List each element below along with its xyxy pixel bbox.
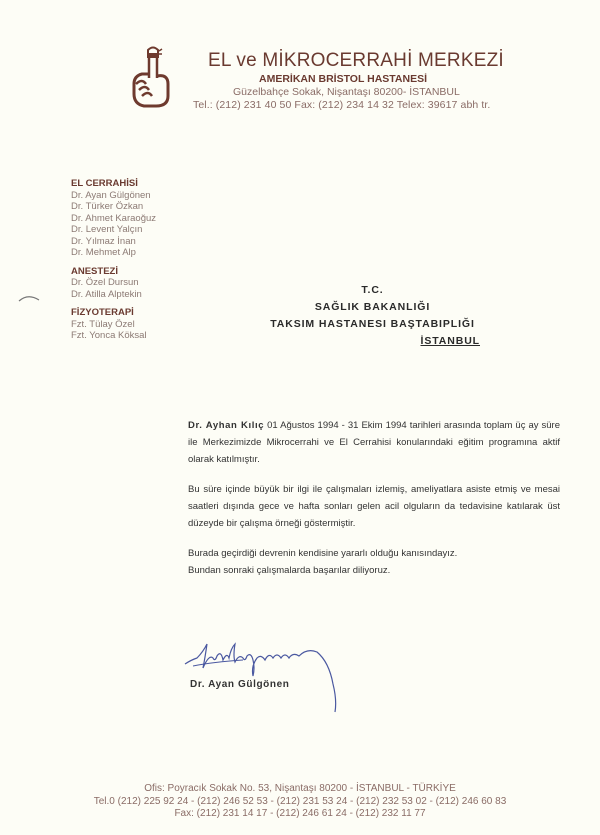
- paragraph: Bu süre içinde büyük bir ilgi ile çalışm…: [188, 481, 560, 532]
- paragraph-line: Burada geçirdiği devrenin kendisine yara…: [188, 548, 457, 559]
- recipient-line: SAĞLIK BAKANLIĞI: [265, 299, 480, 316]
- punch-hole-mark-icon: [18, 294, 40, 302]
- staff-name: Dr. Türker Özkan: [71, 201, 211, 213]
- staff-name: Dr. Atilla Alptekin: [71, 289, 211, 301]
- staff-name: Fzt. Yonca Köksal: [71, 330, 211, 342]
- staff-group-physiotherapy: FİZYOTERAPİ Fzt. Tülay Özel Fzt. Yonca K…: [71, 307, 211, 342]
- staff-name: Dr. Mehmet Alp: [71, 247, 211, 259]
- staff-name: Dr. Yılmaz İnan: [71, 236, 211, 248]
- paragraph: Burada geçirdiği devrenin kendisine yara…: [188, 545, 560, 579]
- recipient-city: İSTANBUL: [265, 333, 480, 350]
- staff-group-title: ANESTEZİ: [71, 266, 211, 278]
- hand-finger-logo-icon: [130, 44, 174, 108]
- letter-body: Dr. Ayhan Kılıç 01 Ağustos 1994 - 31 Eki…: [188, 417, 560, 579]
- footer-fax: Fax: (212) 231 14 17 - (212) 246 61 24 -…: [0, 808, 600, 821]
- header-contact: Tel.: (212) 231 40 50 Fax: (212) 234 14 …: [193, 99, 490, 111]
- recipient-line: TAKSIM HASTANESI BAŞTABIPLIĞI: [265, 316, 480, 333]
- footer-contact: Ofis: Poyracık Sokak No. 53, Nişantaşı 8…: [0, 783, 600, 821]
- paragraph-line: Bundan sonraki çalışmalarda başarılar di…: [188, 565, 390, 576]
- header-address: Güzelbahçe Sokak, Nişantaşı 80200- İSTAN…: [233, 86, 460, 98]
- recipient-line: T.C.: [265, 282, 480, 299]
- hospital-name: AMERİKAN BRİSTOL HASTANESİ: [259, 73, 427, 85]
- staff-name: Dr. Levent Yalçın: [71, 224, 211, 236]
- handwritten-signature-icon: [183, 640, 343, 715]
- footer-address: Ofis: Poyracık Sokak No. 53, Nişantaşı 8…: [0, 783, 600, 796]
- trainee-name: Dr. Ayhan Kılıç: [188, 420, 264, 431]
- staff-group-title: EL CERRAHİSİ: [71, 178, 211, 190]
- footer-phones: Tel.0 (212) 225 92 24 - (212) 246 52 53 …: [0, 796, 600, 809]
- staff-group-title: FİZYOTERAPİ: [71, 307, 211, 319]
- paragraph: Dr. Ayhan Kılıç 01 Ağustos 1994 - 31 Eki…: [188, 417, 560, 468]
- center-title: EL ve MİKROCERRAHİ MERKEZİ: [208, 50, 478, 72]
- staff-name: Dr. Özel Dursun: [71, 277, 211, 289]
- staff-list: EL CERRAHİSİ Dr. Ayan Gülgönen Dr. Türke…: [71, 178, 211, 349]
- staff-name: Fzt. Tülay Özel: [71, 319, 211, 331]
- staff-group-hand-surgery: EL CERRAHİSİ Dr. Ayan Gülgönen Dr. Türke…: [71, 178, 211, 259]
- recipient-block: T.C. SAĞLIK BAKANLIĞI TAKSIM HASTANESI B…: [265, 282, 480, 350]
- staff-name: Dr. Ahmet Karaoğuz: [71, 213, 211, 225]
- staff-name: Dr. Ayan Gülgönen: [71, 190, 211, 202]
- signer-name: Dr. Ayan Gülgönen: [190, 679, 289, 690]
- staff-group-anesthesia: ANESTEZİ Dr. Özel Dursun Dr. Atilla Alpt…: [71, 266, 211, 301]
